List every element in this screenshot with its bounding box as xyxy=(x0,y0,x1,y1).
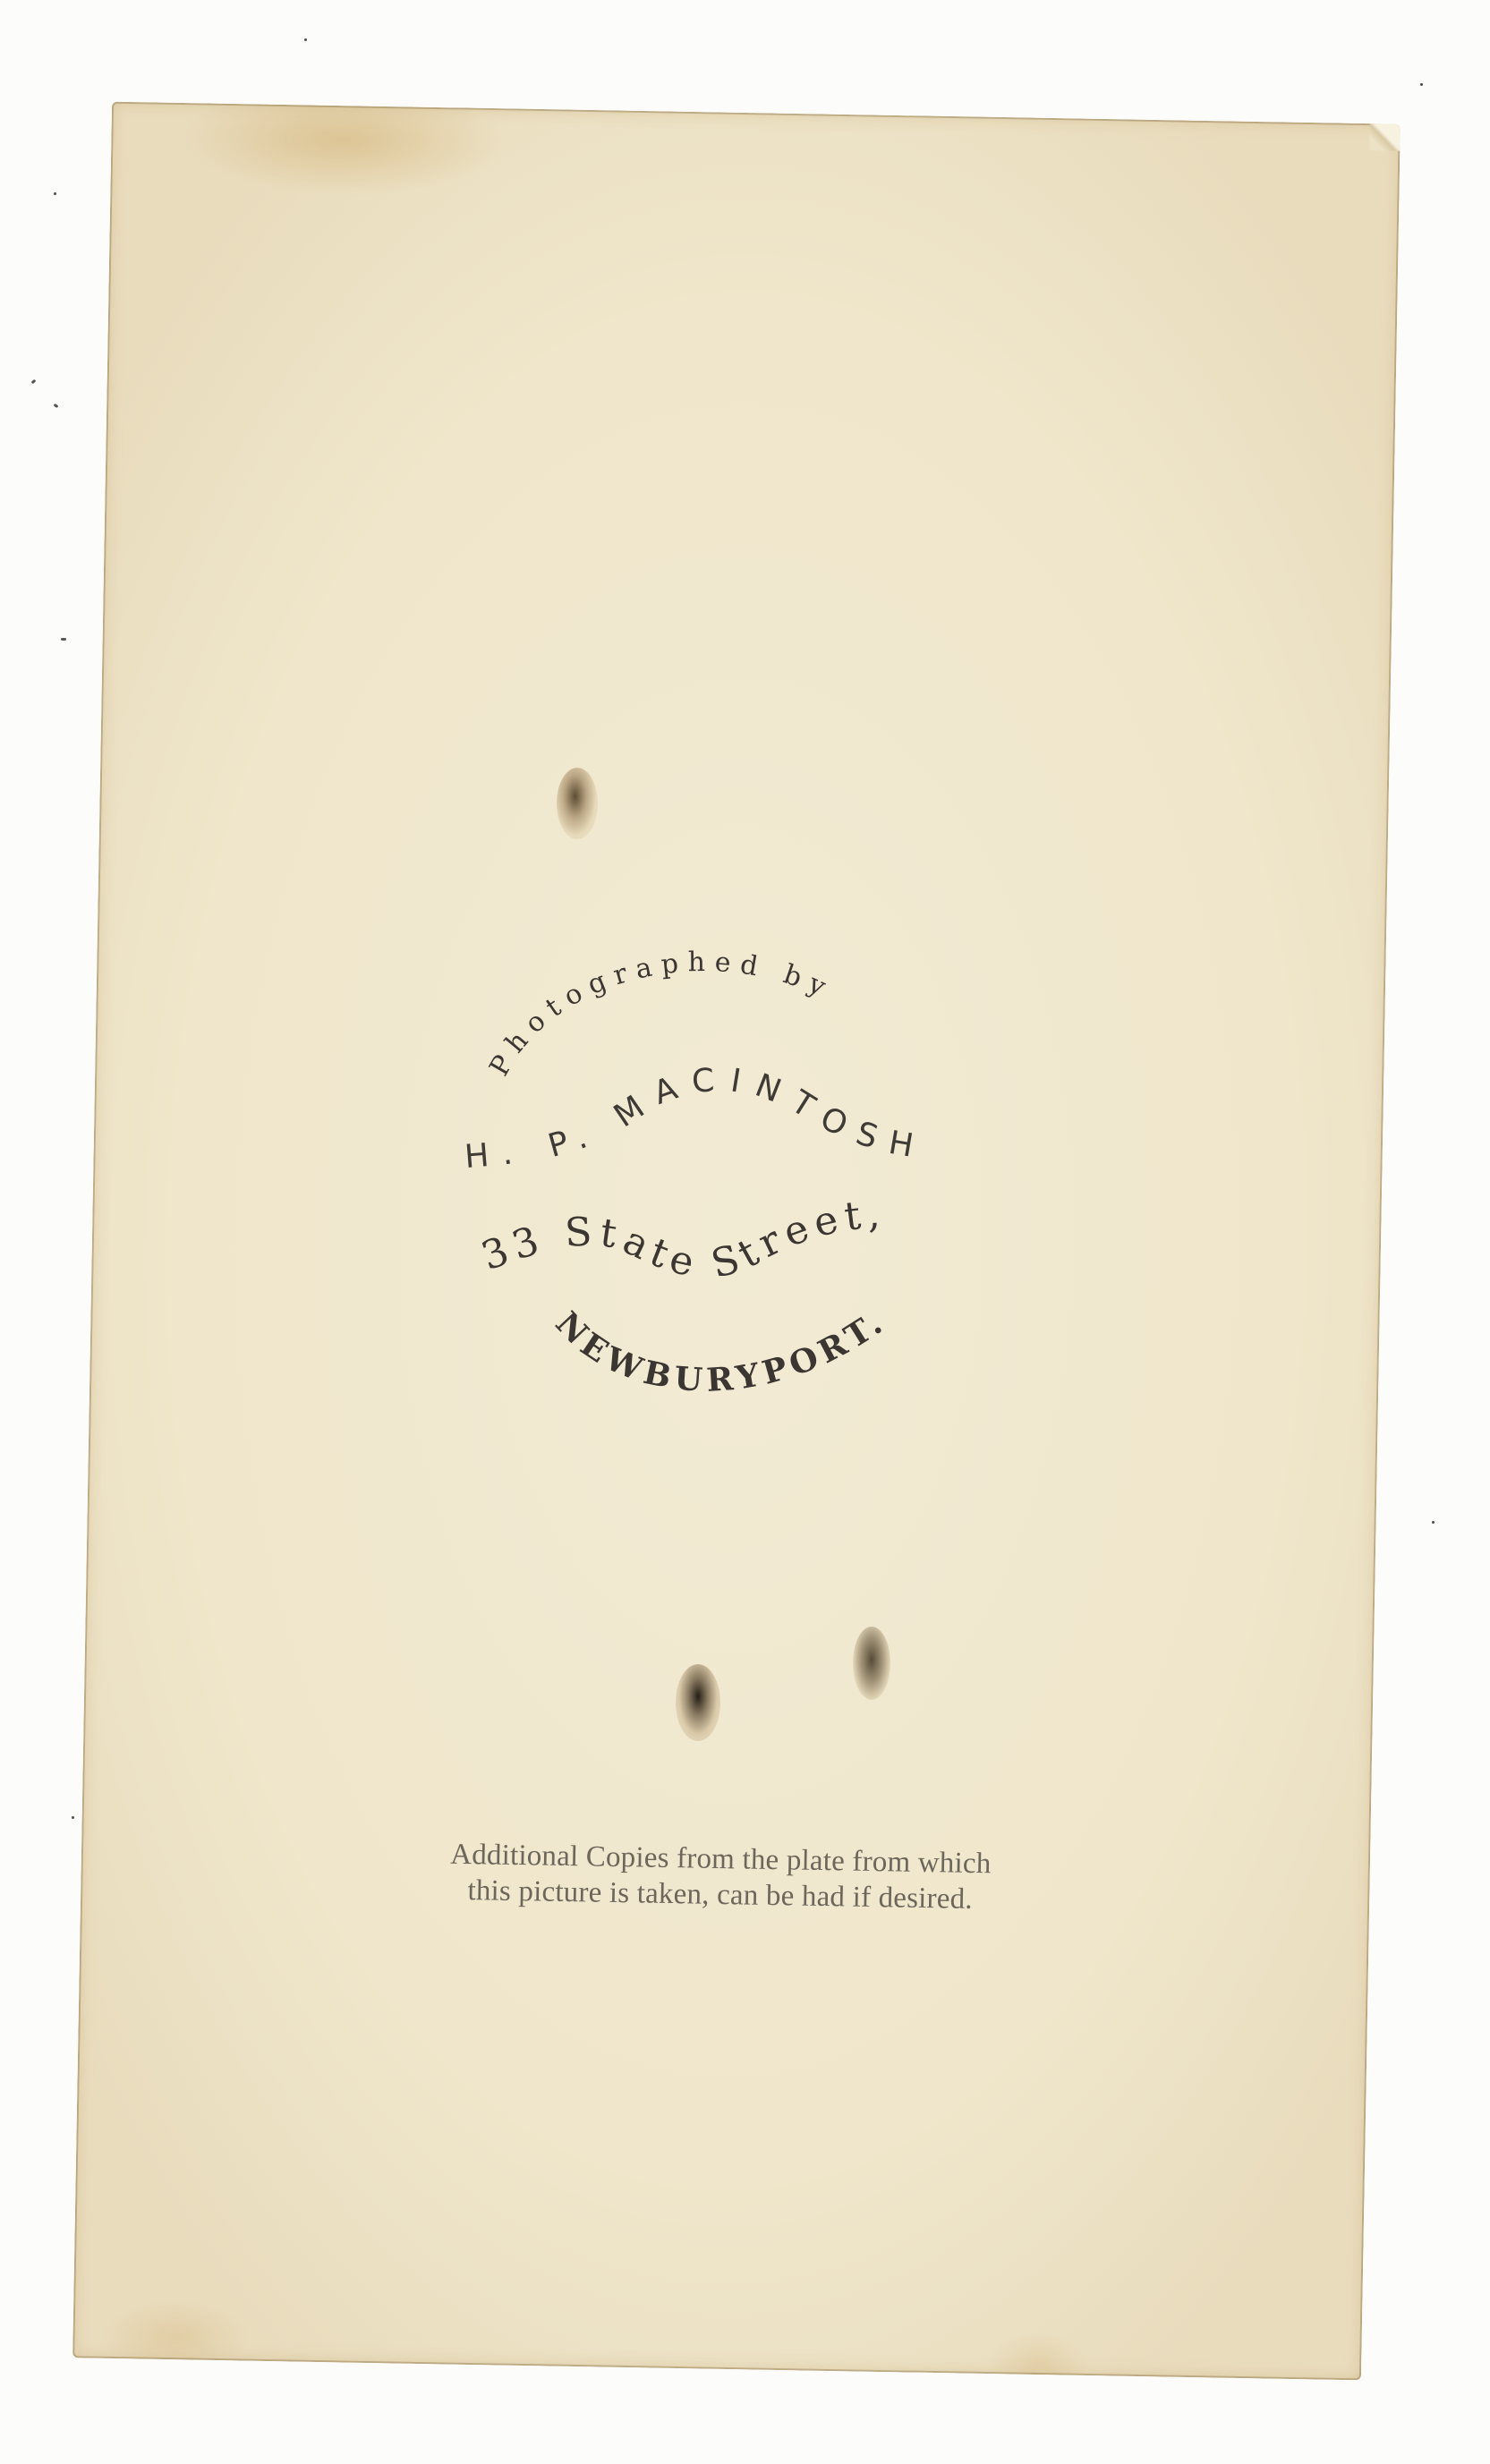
imprint-line-address: 33 State Street, xyxy=(476,1191,888,1287)
photographer-imprint: Photographed by H. P. MACINTOSH 33 State… xyxy=(0,0,1490,2464)
imprint-line-city: NEWBURYPORT. xyxy=(548,1302,893,1399)
imprint-line-photographed-by: Photographed by xyxy=(483,947,839,1082)
reprint-notice: Additional Copies from the plate from wh… xyxy=(353,1835,1087,1919)
imprint-line-name: H. P. MACINTOSH xyxy=(464,1061,931,1176)
